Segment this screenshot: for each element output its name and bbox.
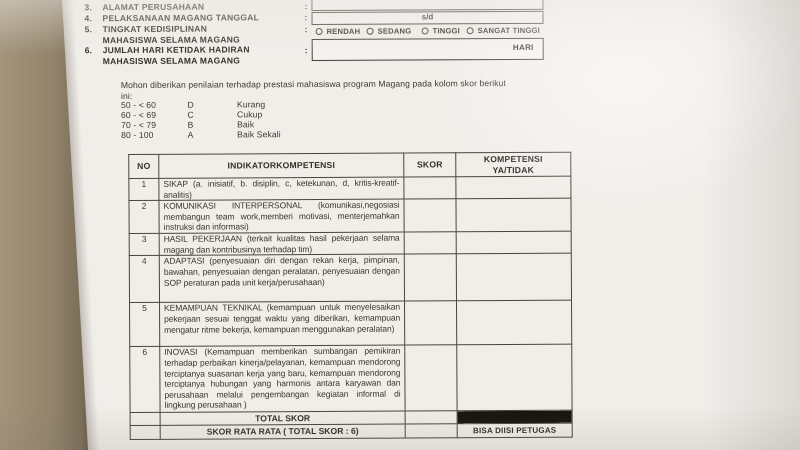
kompetensi-cell-6[interactable] bbox=[457, 345, 572, 412]
radio-tinggi-label: TINGGI bbox=[433, 26, 460, 35]
row-number: 2 bbox=[129, 201, 159, 234]
field-4-colon: : bbox=[304, 12, 307, 22]
field-6-label: JUMLAH HARI KETIDAK HADIRAN bbox=[103, 44, 250, 55]
row-number: 6 bbox=[130, 347, 160, 413]
indicator-adaptasi: ADAPTASI (penyesuaian diri dengan rekan … bbox=[159, 254, 404, 302]
grade-desc: Cukup bbox=[237, 109, 262, 119]
field-6-number: 6. bbox=[85, 45, 93, 55]
kompetensi-header-line1: KOMPETENSI bbox=[456, 154, 570, 165]
row-number: 1 bbox=[129, 178, 159, 200]
hari-suffix-label: HARI bbox=[513, 43, 534, 52]
radio-circle-icon bbox=[316, 28, 323, 35]
grade-letter: A bbox=[188, 129, 235, 139]
field-5-number: 5. bbox=[85, 24, 93, 34]
kompetensi-header-line2: YA/TIDAK bbox=[456, 164, 570, 175]
radio-sangat-tinggi[interactable]: SANGAT TINGGI bbox=[467, 25, 540, 36]
col-header-no: NO bbox=[129, 154, 159, 178]
table-row: 6 INOVASI (Kemampuan memberikan sumbanga… bbox=[130, 345, 572, 413]
radio-sedang-label: SEDANG bbox=[378, 27, 412, 36]
grade-letter: C bbox=[188, 109, 235, 119]
radio-sangat-tinggi-label: SANGAT TINGGI bbox=[478, 26, 540, 35]
grade-letter: D bbox=[187, 99, 234, 109]
skor-cell-3[interactable] bbox=[404, 232, 456, 254]
grade-range: 70 - < 79 bbox=[121, 120, 185, 130]
rata-rata-skor-cell[interactable] bbox=[405, 424, 457, 438]
table-row: 4 ADAPTASI (penyesuaian diri dengan reka… bbox=[129, 254, 571, 303]
field-6-colon: : bbox=[305, 45, 308, 55]
pelaksanaan-tanggal-input[interactable]: s/d bbox=[311, 11, 543, 25]
col-header-kompetensi: KOMPETENSI YA/TIDAK bbox=[456, 152, 571, 177]
indicator-kemampuan-teknikal: KEMAMPUAN TEKNIKAL (kemampuan untuk meny… bbox=[160, 301, 405, 346]
grade-range: 80 - 100 bbox=[121, 130, 185, 140]
table-row: 5 KEMAMPUAN TEKNIKAL (kemampuan untuk me… bbox=[130, 301, 572, 347]
indicator-hasil-pekerjaan: HASIL PEKERJAAN (terkait kualitas hasil … bbox=[159, 232, 404, 255]
officer-note-cell[interactable]: BISA DIISI PETUGAS bbox=[457, 424, 572, 439]
field-4-number: 4. bbox=[84, 13, 92, 23]
field-4-label: PELAKSANAAN MAGANG TANGGAL bbox=[102, 12, 259, 23]
grade-scale-row: 70 - < 79 B Baik bbox=[121, 119, 254, 130]
grade-range: 50 - < 60 bbox=[121, 100, 185, 110]
table-row: 3 HASIL PEKERJAAN (terkait kualitas hasi… bbox=[129, 231, 571, 256]
jumlah-hari-input[interactable]: HARI bbox=[312, 38, 544, 61]
field-3-number: 3. bbox=[84, 2, 92, 12]
radio-circle-icon bbox=[367, 28, 374, 35]
total-skor-cell[interactable] bbox=[405, 411, 457, 424]
radio-circle-icon bbox=[467, 27, 474, 34]
kompetensi-cell-2[interactable] bbox=[456, 198, 571, 232]
grade-range: 60 - < 69 bbox=[121, 110, 185, 120]
field-5-colon: : bbox=[305, 24, 308, 34]
kompetensi-cell-4[interactable] bbox=[456, 254, 571, 302]
radio-sedang[interactable]: SEDANG bbox=[367, 26, 412, 37]
skor-cell-2[interactable] bbox=[404, 199, 456, 232]
row-number: 4 bbox=[129, 256, 159, 303]
intro-text-line1: Mohon diberikan penilaian terhadap prest… bbox=[121, 78, 506, 90]
skor-cell-4[interactable] bbox=[404, 254, 456, 301]
row-number: 5 bbox=[130, 303, 160, 347]
indicator-inovasi: INOVASI (Kemampuan memberikan sumbangan … bbox=[160, 345, 405, 412]
grade-desc: Kurang bbox=[237, 99, 265, 109]
indicator-sikap: SIKAP (a. inisiatif, b. disiplin, c, ket… bbox=[159, 177, 404, 200]
row-number: 3 bbox=[129, 234, 159, 256]
skor-cell-6[interactable] bbox=[405, 345, 457, 411]
empty-cell bbox=[130, 413, 160, 426]
field-3-label: ALAMAT PERUSAHAAN bbox=[102, 2, 204, 13]
kompetensi-cell-5[interactable] bbox=[457, 301, 572, 346]
form-paper: 3. ALAMAT PERUSAHAAN : 4. PELAKSANAAN MA… bbox=[0, 0, 800, 450]
col-header-indicator: INDIKATORKOMPETENSI bbox=[159, 153, 404, 178]
table-row: 1 SIKAP (a. inisiatif, b. disiplin, c, k… bbox=[129, 176, 571, 201]
field-5-label: TINGKAT KEDISIPLINAN bbox=[103, 24, 208, 35]
indicator-komunikasi: KOMUNIKASI INTERPERSONAL (komunikasi,neg… bbox=[159, 199, 404, 233]
competency-table: NO INDIKATORKOMPETENSI SKOR KOMPETENSI Y… bbox=[128, 152, 572, 441]
alamat-perusahaan-input[interactable] bbox=[311, 0, 543, 11]
radio-tinggi[interactable]: TINGGI bbox=[422, 25, 460, 36]
grade-letter: B bbox=[188, 119, 235, 129]
skor-rata-rata-row: SKOR RATA RATA ( TOTAL SKOR : 6) BISA DI… bbox=[130, 424, 572, 440]
sd-separator-label: s/d bbox=[422, 12, 434, 21]
grade-desc: Baik Sekali bbox=[237, 129, 281, 139]
officer-note-label: BISA DIISI PETUGAS bbox=[473, 426, 556, 435]
field-6-label-line2: MAHASISWA SELAMA MAGANG bbox=[103, 55, 240, 66]
radio-rendah[interactable]: RENDAH bbox=[316, 26, 361, 37]
skor-rata-rata-label: SKOR RATA RATA ( TOTAL SKOR : 6) bbox=[160, 424, 405, 439]
kompetensi-cell-1[interactable] bbox=[456, 176, 571, 199]
skor-cell-5[interactable] bbox=[405, 301, 457, 345]
empty-cell bbox=[130, 426, 160, 440]
field-3-colon: : bbox=[304, 1, 307, 11]
total-skor-label: TOTAL SKOR bbox=[160, 411, 405, 425]
grade-scale-row: 80 - 100 A Baik Sekali bbox=[121, 129, 281, 140]
col-header-skor: SKOR bbox=[404, 153, 456, 177]
radio-rendah-label: RENDAH bbox=[327, 27, 361, 36]
grade-desc: Baik bbox=[237, 119, 254, 129]
kompetensi-cell-3[interactable] bbox=[456, 231, 571, 254]
radio-circle-icon bbox=[422, 27, 429, 34]
table-row: 2 KOMUNIKASI INTERPERSONAL (komunikasi,n… bbox=[129, 198, 571, 233]
skor-cell-1[interactable] bbox=[404, 177, 456, 199]
photographed-evaluation-form: 3. ALAMAT PERUSAHAAN : 4. PELAKSANAAN MA… bbox=[0, 0, 800, 450]
blacked-out-cell bbox=[457, 411, 572, 425]
